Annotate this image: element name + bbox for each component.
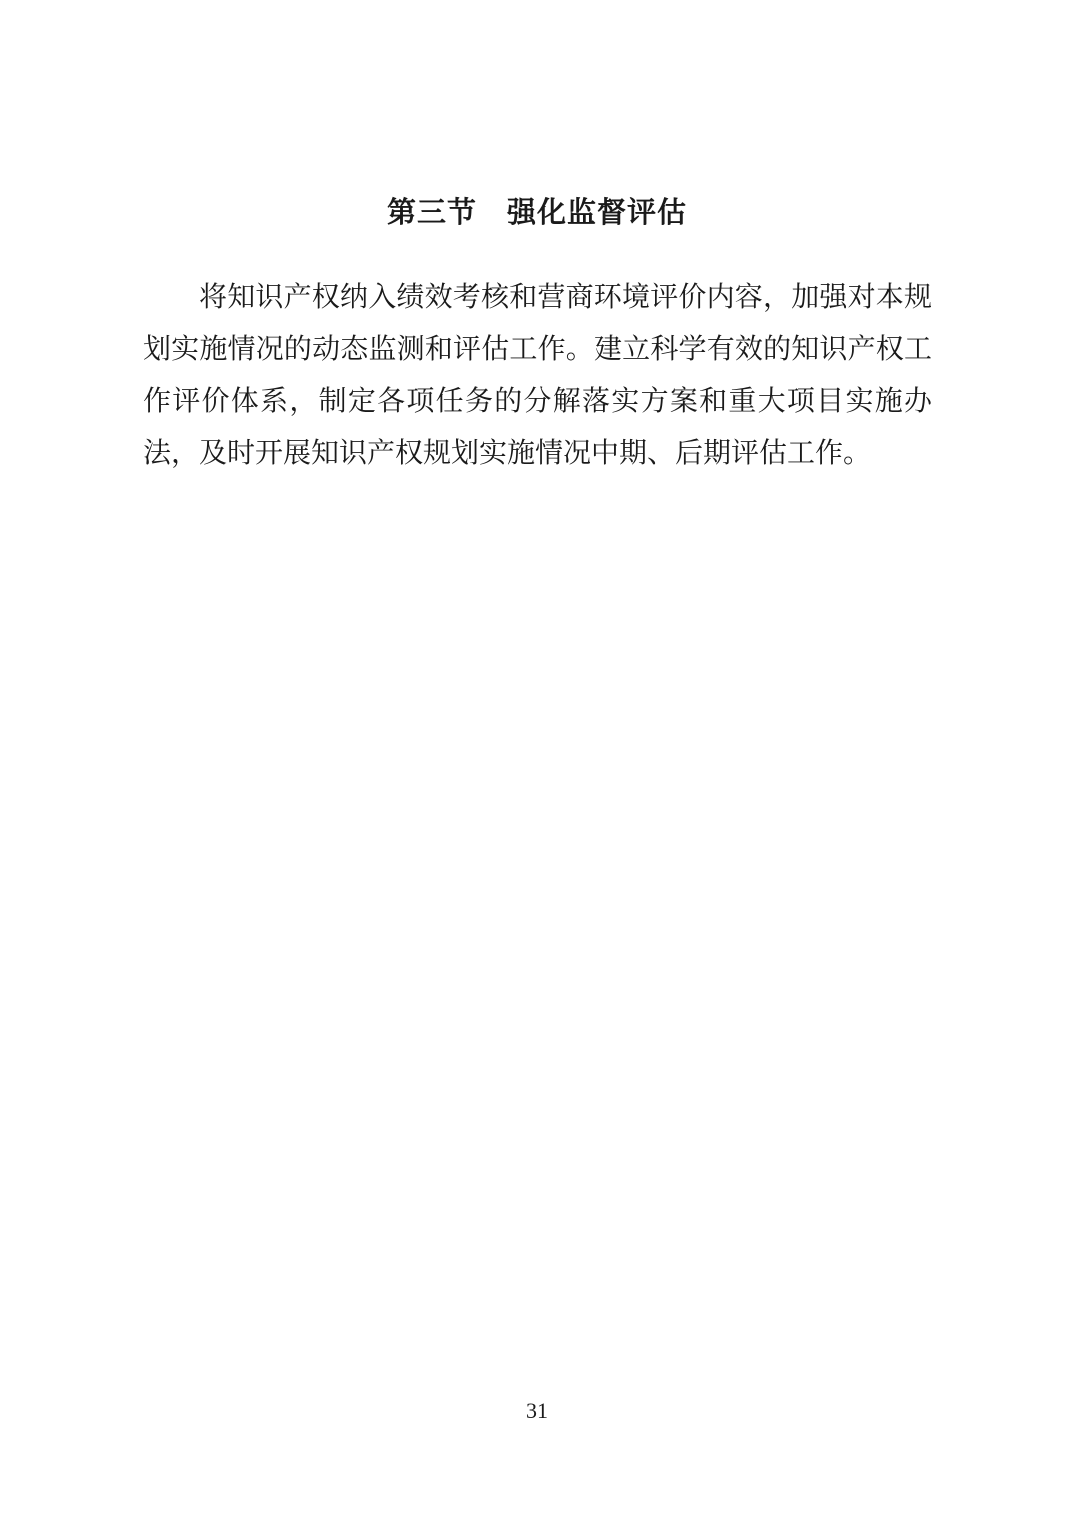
page-number: 31 <box>0 1396 1074 1426</box>
paragraph-line: 将知识产权纳入绩效考核和营商环境评价内容，加强对本规 <box>143 272 932 324</box>
paragraph-line: 作评价体系，制定各项任务的分解落实方案和重大项目实施办 <box>143 376 932 428</box>
body-paragraph: 将知识产权纳入绩效考核和营商环境评价内容，加强对本规 划实施情况的动态监测和评估… <box>143 272 932 480</box>
section-heading: 第三节 强化监督评估 <box>0 193 1074 233</box>
paragraph-line: 法，及时开展知识产权规划实施情况中期、后期评估工作。 <box>143 428 932 480</box>
document-page: 第三节 强化监督评估 将知识产权纳入绩效考核和营商环境评价内容，加强对本规 划实… <box>0 0 1074 1520</box>
paragraph-line: 划实施情况的动态监测和评估工作。建立科学有效的知识产权工 <box>143 324 932 376</box>
